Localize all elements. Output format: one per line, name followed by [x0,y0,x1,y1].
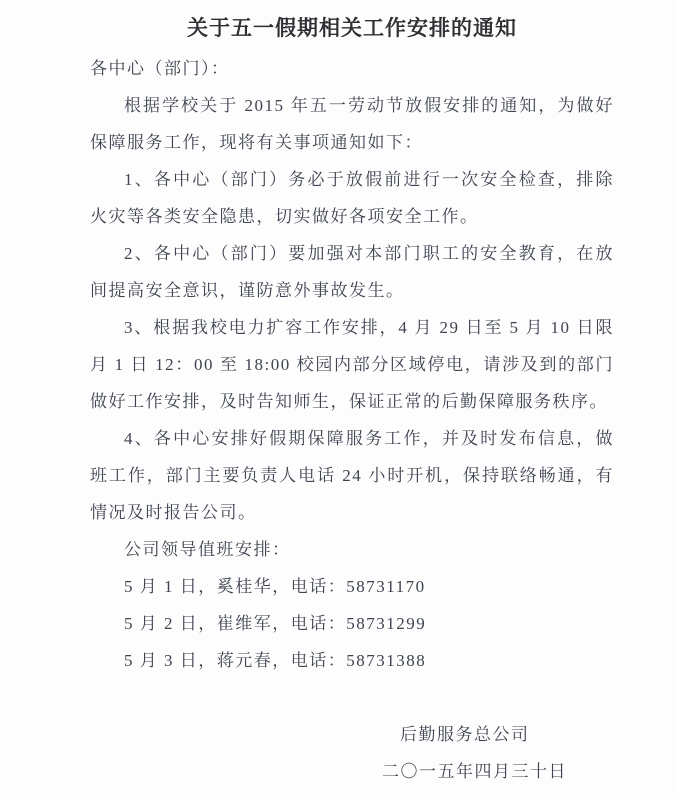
item3-line-2: 月 1 日 12：00 至 18:00 校园内部分区域停电，请涉及到的部门及时 [90,346,614,383]
item3-line-1: 3、根据我校电力扩容工作安排，4 月 29 日至 5 月 10 日限电，5 [90,309,614,346]
item4-line-3: 情况及时报告公司。 [90,494,614,531]
duty-roster-header: 公司领导值班安排： [90,531,614,568]
duty-roster-line-2: 5 月 2 日，崔维军，电话：58731299 [90,605,614,642]
signature-organization: 后勤服务总公司 [90,716,614,753]
item4-line-2: 班工作，部门主要负责人电话 24 小时开机，保持联络畅通，有突发 [90,457,614,494]
blank-line [90,679,614,716]
signature-date: 二〇一五年四月三十日 [90,753,614,790]
item1-line-1: 1、各中心（部门）务必于放假前进行一次安全检查，排除治安、 [90,161,614,198]
item3-line-3: 做好工作安排，及时告知师生，保证正常的后勤保障服务秩序。 [90,383,614,420]
salutation: 各中心（部门）： [90,50,614,87]
item2-line-1: 2、各中心（部门）要加强对本部门职工的安全教育，在放假期 [90,235,614,272]
item2-line-2: 间提高安全意识，谨防意外事故发生。 [90,272,614,309]
duty-roster-line-3: 5 月 3 日，蒋元春，电话：58731388 [90,642,614,679]
intro-line-2: 保障服务工作，现将有关事项通知如下： [90,124,614,161]
document-title: 关于五一假期相关工作安排的通知 [90,14,614,44]
intro-line-1: 根据学校关于 2015 年五一劳动节放假安排的通知，为做好后勤 [90,87,614,124]
duty-roster-line-1: 5 月 1 日，奚桂华，电话：58731170 [90,568,614,605]
item1-line-2: 火灾等各类安全隐患，切实做好各项安全工作。 [90,198,614,235]
notice-document: 关于五一假期相关工作安排的通知 各中心（部门）： 根据学校关于 2015 年五一… [0,0,678,799]
item4-line-1: 4、各中心安排好假期保障服务工作，并及时发布信息，做好值 [90,420,614,457]
